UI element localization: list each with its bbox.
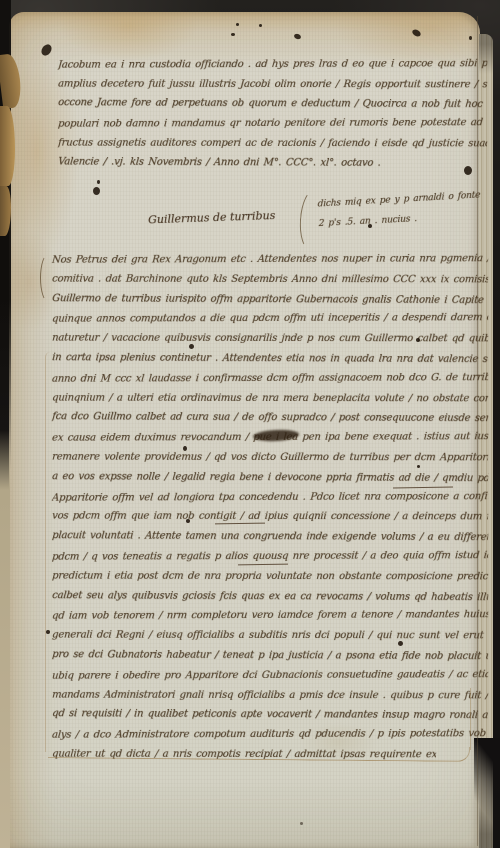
manuscript-text-line: Apparitorie offm vel ad longiora tpa con… <box>51 487 489 508</box>
manuscript-text-line: Valencie / .vj. kls Novembris / Anno dni… <box>57 153 385 174</box>
manuscript-text-line: mandams Administratori gnali nrisq offic… <box>51 685 488 706</box>
ink-spot <box>469 36 472 40</box>
ink-spot <box>231 33 235 36</box>
sheet-edge <box>470 688 471 750</box>
manuscript-text-line: pro se dci Gubnatoris habeatur / teneat … <box>51 645 489 667</box>
ink-spot <box>300 822 303 825</box>
ink-spot <box>416 338 420 342</box>
ink-spot <box>183 446 187 451</box>
manuscript-text-line: quinqnium / a ulteri etia ordinavimus de… <box>51 388 488 409</box>
manuscript-text-line: populari nob damno i mandamus qr notario… <box>57 113 488 134</box>
previous-entry-block: Jacobum ea i nra custodia officiando . a… <box>58 55 487 173</box>
manuscript-text-line: predictum i etia post dcm de nra propria… <box>51 566 488 587</box>
manuscript-text-line: quinque annos computandos a die qua pdcm… <box>51 309 489 330</box>
ink-spot <box>259 24 262 27</box>
manuscript-text-line: generali dci Regni / eiusq officialibs a… <box>51 626 488 647</box>
ink-spot <box>464 166 472 175</box>
sheet-edge <box>45 352 50 752</box>
manuscript-text-line: comitiva . dat Barchinone quto kls Septe… <box>51 269 488 290</box>
manuscript-text-line: occone Jacme fore ad perpetuans ob quoru… <box>57 93 488 115</box>
manuscript-text-line: fructus assignetis auditores comperi ac … <box>57 133 487 153</box>
manuscript-text-line: naturetur / vacacione quibusvis consigna… <box>51 329 488 350</box>
royal-letter-block: Nos Petrus dei gra Rex Aragonum etc . At… <box>52 250 488 765</box>
manuscript-text-line: fca dco Guillmo calbet ad cura sua / de … <box>51 407 489 429</box>
manuscript-text-line: anno dni M ccc xl laudasse i confirmasse… <box>51 368 489 389</box>
ink-spot <box>186 519 190 523</box>
ink-spot <box>97 180 100 184</box>
ink-spot <box>236 23 239 26</box>
manuscript-text-line: Nos Petrus dei gra Rex Aragonum etc . At… <box>51 249 489 270</box>
manuscript-text-line: ubiq parere i obedire pro Apparitore dci… <box>51 665 489 686</box>
manuscript-text-line: placuit voluntati . Attente tamen una co… <box>51 526 489 548</box>
manuscript-text-line: qd si requisiti / in qualibet peticonis … <box>51 704 489 726</box>
manuscript-text-line: qd iam vob tenorem / nrm completoru vero… <box>51 606 489 627</box>
manuscript-text-line: alys / a dco Administratore compotum aud… <box>51 724 489 745</box>
ink-spot <box>189 344 194 349</box>
manuscript-text-line: a eo vos expsse nolle / legalid regia be… <box>51 467 489 489</box>
manuscript-text-line: in carta ipsa plenius continetur . Atten… <box>51 348 489 370</box>
ink-spot <box>93 187 100 195</box>
gutter-paper-strip <box>0 430 10 848</box>
ink-spot <box>417 465 420 468</box>
manuscript-photo: Jacobum ea i nra custodia officiando . a… <box>0 0 500 848</box>
manuscript-text-line: vos pdcm offm que iam nob contigit / ad … <box>51 507 488 528</box>
ink-spot <box>46 630 50 634</box>
ink-spot <box>368 224 372 228</box>
manuscript-text-line: amplius decetero fuit jussu illustris Ja… <box>57 74 487 94</box>
manuscript-text-line: Guillermo de turribus iurispito offm app… <box>51 289 489 311</box>
manuscript-text-line: Jacobum ea i nra custodia officiando . a… <box>57 54 488 75</box>
ink-spot <box>398 641 403 646</box>
manuscript-text-line: remanere volente providemus / qd vos dic… <box>51 448 488 469</box>
manuscript-text-line: calbet seu alys quibusvis gciosis fcis q… <box>51 586 489 608</box>
margin-note: dichs miq ex pe y p arnaldi o fonte2 p's… <box>317 186 483 235</box>
